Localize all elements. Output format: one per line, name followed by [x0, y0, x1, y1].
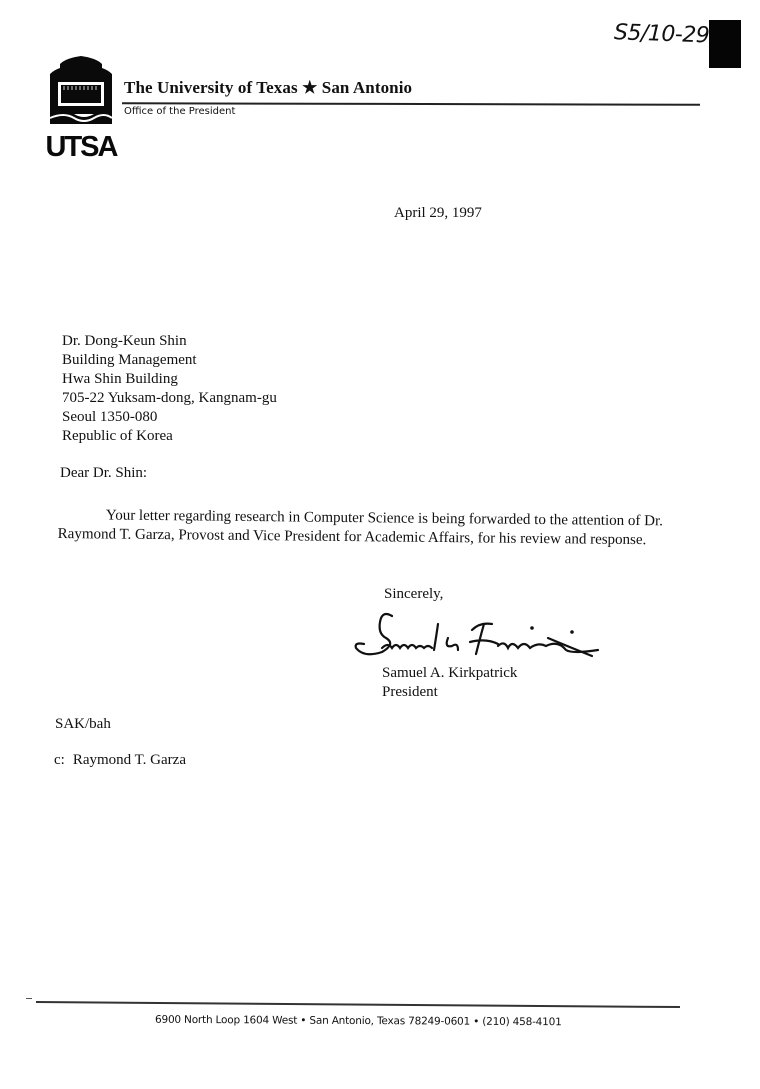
signer-name: Samuel A. Kirkpatrick: [382, 664, 517, 683]
closing: Sincerely,: [384, 586, 443, 603]
address-line: Building Management: [62, 351, 277, 370]
signer-title: President: [382, 683, 517, 702]
body-text: Your letter regarding research in Comput…: [58, 508, 663, 548]
address-line: Hwa Shin Building: [62, 370, 277, 389]
office-name: Office of the President: [124, 106, 235, 117]
salutation: Dear Dr. Shin:: [60, 465, 147, 482]
svg-text:UTSA: UTSA: [46, 131, 118, 162]
footer-rule: [36, 1001, 680, 1008]
signature-icon: [352, 608, 602, 668]
address-line: 705-22 Yuksam-dong, Kangnam-gu: [62, 389, 277, 408]
footer-address: 6900 North Loop 1604 West • San Antonio,…: [155, 1014, 562, 1028]
letter-date: April 29, 1997: [394, 205, 482, 222]
cc-line: c:Raymond T. Garza: [54, 752, 186, 769]
body-paragraph: Your letter regarding research in Comput…: [58, 506, 678, 549]
recipient-address: Dr. Dong-Keun Shin Building Management H…: [62, 332, 277, 446]
redaction-block: [709, 20, 741, 68]
typist-initials: SAK/bah: [55, 716, 111, 733]
university-name: The University of Texas ★ San Antonio: [124, 78, 412, 98]
cc-label: c:: [54, 752, 65, 768]
footer-mark: [26, 998, 32, 999]
handwritten-reference: S5/10-29L: [614, 20, 722, 49]
cc-name: Raymond T. Garza: [73, 752, 186, 768]
address-line: Republic of Korea: [62, 427, 277, 446]
address-line: Dr. Dong-Keun Shin: [62, 332, 277, 351]
letterhead-rule: [122, 102, 700, 105]
utsa-logo-icon: UTSA: [44, 52, 118, 162]
address-line: Seoul 1350-080: [62, 408, 277, 427]
signer-block: Samuel A. Kirkpatrick President: [382, 664, 517, 702]
